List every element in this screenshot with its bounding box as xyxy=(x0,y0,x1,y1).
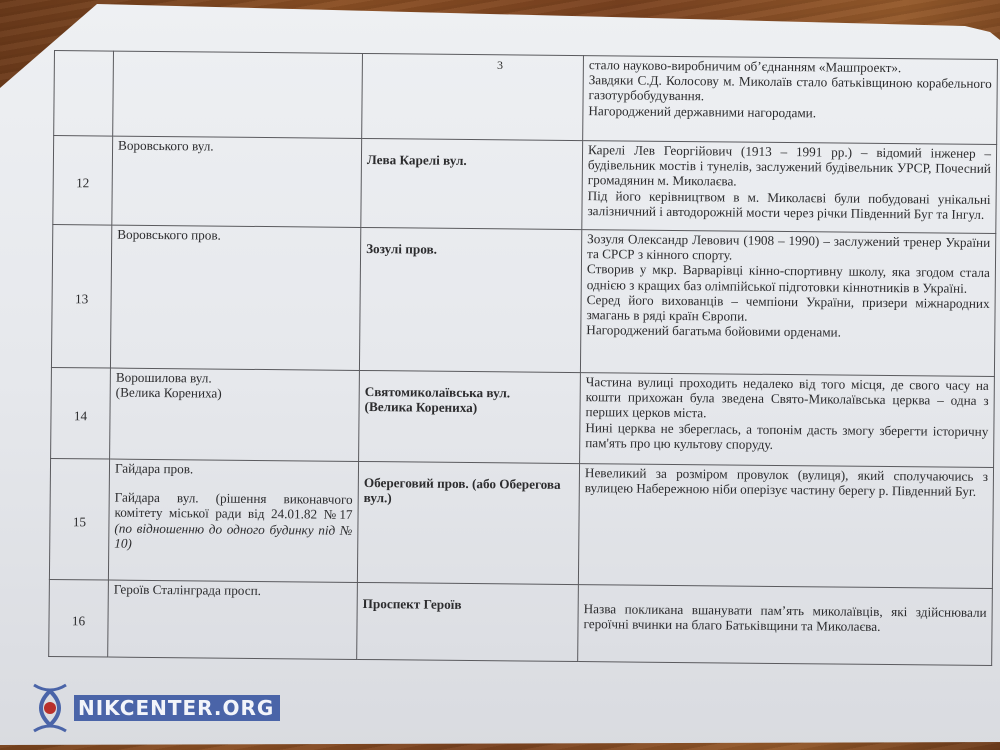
table-row: 15 Гайдара пров. Гайдара вул. (рішення в… xyxy=(49,458,993,588)
new-street-name-cell: Проспект Героїв xyxy=(357,582,579,661)
description-cell: Частина вулиці проходить недалеко від то… xyxy=(580,373,995,468)
description-paragraph: Завдяки С.Д. Колосову м. Миколаїв стало … xyxy=(589,72,992,106)
decision-note: Гайдара вул. (рішення виконавчого коміте… xyxy=(114,490,353,553)
new-street-name xyxy=(362,53,584,140)
row-number: 13 xyxy=(51,224,111,368)
new-street-name: Святомиколаївська вул. xyxy=(365,372,575,401)
description-paragraph: Невеликий за розміром провулок (вулиця),… xyxy=(585,465,988,499)
old-street-name: Воровського пров. xyxy=(110,225,360,370)
description-paragraph: Нагороджений державними нагородами. xyxy=(588,103,991,122)
new-street-name: Проспект Героїв xyxy=(363,584,573,613)
nikcenter-logo-text: NIKCENTER.ORG xyxy=(74,695,280,721)
row-number: 14 xyxy=(51,367,111,459)
row-number: 12 xyxy=(53,136,113,226)
description-paragraph: Під його керівництвом в м. Миколаєві бул… xyxy=(587,188,990,222)
old-street-name: Воровського вул. xyxy=(112,136,362,227)
description-paragraph: Нагороджений багатьма бойовими орденами. xyxy=(586,322,989,341)
old-street-name: Героїв Сталінграда просп. xyxy=(108,580,358,659)
description-paragraph: Серед його вихованців – чемпіони України… xyxy=(586,292,989,326)
old-street-name: Гайдара пров. xyxy=(115,461,353,478)
old-street-name xyxy=(113,51,363,138)
table-row: 14 Ворошилова вул. (Велика Корениха) Свя… xyxy=(51,367,995,467)
new-street-name: Обереговий пров. (або Оберегова вул.) xyxy=(364,463,574,507)
new-street-name-cell: Лева Карелі вул. xyxy=(361,138,583,229)
new-street-name-cell: Обереговий пров. (або Оберегова вул.) xyxy=(357,461,579,584)
table-row: 13 Воровського пров. Зозулі пров. Зозуля… xyxy=(51,224,995,376)
new-street-name-cell: Зозулі пров. xyxy=(359,227,581,372)
description-paragraph: Зозуля Олександр Левович (1908 – 1990) –… xyxy=(587,231,990,265)
table-row: 12 Воровського вул. Лева Карелі вул. Кар… xyxy=(53,136,997,234)
new-street-name-cell: Святомиколаївська вул. (Велика Корениха) xyxy=(359,370,581,463)
decision-note-italic: (по відношенню до одного будинку під № 1… xyxy=(114,520,352,550)
old-street-name-historic: (Велика Корениха) xyxy=(116,385,354,402)
table-row: 16 Героїв Сталінграда просп. Проспект Ге… xyxy=(49,579,993,665)
row-number: 16 xyxy=(49,579,109,657)
new-street-name: Зозулі пров. xyxy=(366,229,576,258)
description-cell: стало науково-виробничим об’єднанням «Ма… xyxy=(583,56,998,145)
nikcenter-logo-icon xyxy=(28,681,72,735)
description-cell: Зозуля Олександр Левович (1908 – 1990) –… xyxy=(580,230,995,377)
nikcenter-watermark: NIKCENTER.ORG xyxy=(28,681,280,735)
old-street-name-cell: Ворошилова вул. (Велика Корениха) xyxy=(110,368,360,461)
description-cell: Невеликий за розміром провулок (вулиця),… xyxy=(578,464,993,589)
description-paragraph: Частина вулиці проходить недалеко від то… xyxy=(585,374,988,423)
row-number xyxy=(54,51,114,137)
description-cell: Назва покликана вшанувати пам’ять микола… xyxy=(578,585,993,666)
old-street-name-cell: Гайдара пров. Гайдара вул. (рішення вико… xyxy=(108,459,358,582)
description-paragraph: Нині церква не збереглась, а топонім дас… xyxy=(585,420,988,454)
description-paragraph: Карелі Лев Георгійович (1913 – 1991 рр.)… xyxy=(588,142,991,191)
description-paragraph: Створив у мкр. Варварівці кінно-спортивн… xyxy=(587,262,990,296)
description-cell: Карелі Лев Георгійович (1913 – 1991 рр.)… xyxy=(582,141,997,234)
new-street-name-historic: (Велика Корениха) xyxy=(365,399,575,416)
decision-note-text: Гайдара вул. (рішення виконавчого коміте… xyxy=(114,490,352,522)
document-sheet: 3 стало науково-виробничим об’єднанням «… xyxy=(0,0,1000,750)
table-row: стало науково-виробничим об’єднанням «Ма… xyxy=(54,51,998,145)
description-paragraph: Назва покликана вшанувати пам’ять микола… xyxy=(583,601,986,635)
row-number: 15 xyxy=(49,458,109,580)
street-renaming-table: стало науково-виробничим об’єднанням «Ма… xyxy=(48,50,998,666)
new-street-name: Лева Карелі вул. xyxy=(367,140,577,169)
